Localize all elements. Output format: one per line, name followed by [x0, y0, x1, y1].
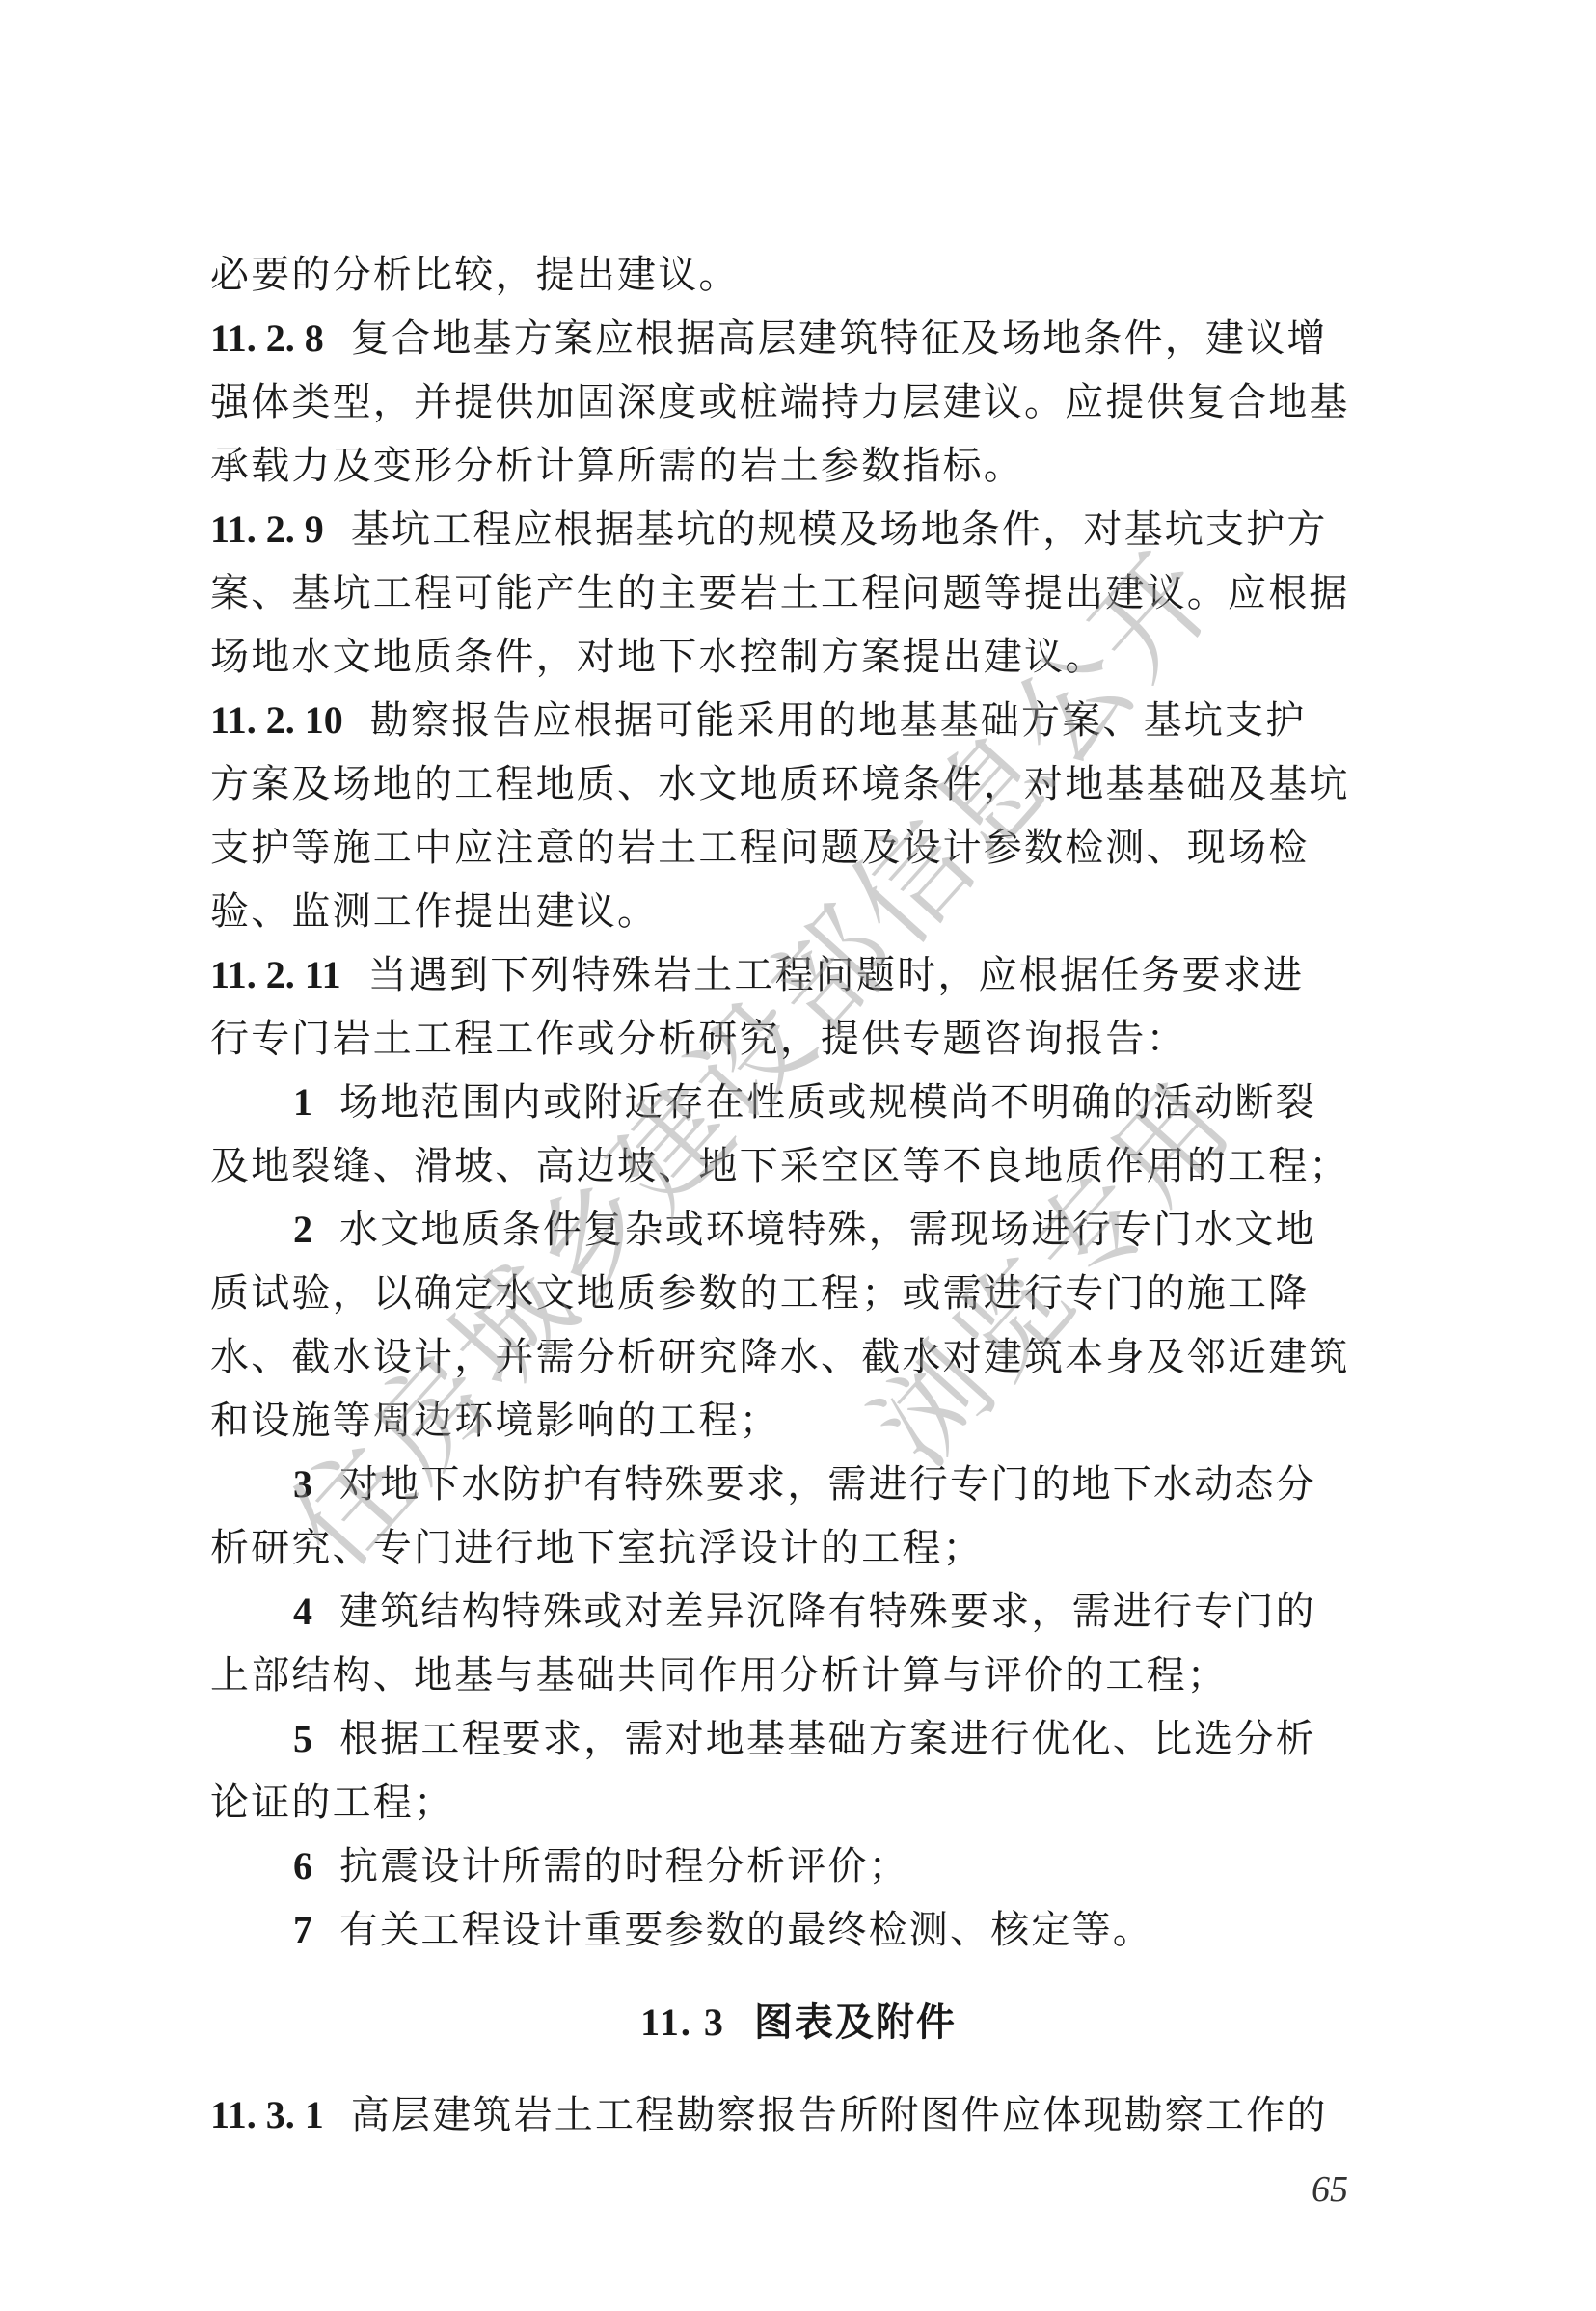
item-number: 3 — [293, 1453, 312, 1516]
clause-11-2-11: 11. 2. 11当遇到下列特殊岩土工程问题时，应根据任务要求进 — [210, 943, 1387, 1007]
item-number: 1 — [293, 1071, 312, 1134]
item-number: 7 — [293, 1898, 312, 1962]
text-line: 水、截水设计，并需分析研究降水、截水对建筑本身及邻近建筑 — [210, 1325, 1387, 1389]
clause-11-2-8: 11. 2. 8复合地基方案应根据高层建筑特征及场地条件，建议增 — [210, 307, 1387, 370]
section-number: 11. 3 — [640, 2000, 725, 2044]
text-line: 必要的分析比较，提出建议。 — [210, 243, 1387, 307]
text-line: 上部结构、地基与基础共同作用分析计算与评价的工程； — [210, 1644, 1387, 1707]
text-line: 验、监测工作提出建议。 — [210, 880, 1387, 943]
text-line: 方案及场地的工程地质、水文地质环境条件，对地基基础及基坑 — [210, 752, 1387, 816]
text-line: 案、基坑工程可能产生的主要岩土工程问题等提出建议。应根据 — [210, 561, 1387, 625]
clause-11-2-10: 11. 2. 10勘察报告应根据可能采用的地基基础方案、基坑支护 — [210, 689, 1387, 752]
text-line: 强体类型，并提供加固深度或桩端持力层建议。应提供复合地基 — [210, 370, 1387, 434]
text-line: 行专门岩土工程工作或分析研究，提供专题咨询报告： — [210, 1007, 1387, 1071]
text-line: 支护等施工中应注意的岩土工程问题及设计参数检测、现场检 — [210, 816, 1387, 880]
item-number: 6 — [293, 1835, 312, 1898]
clause-number: 11. 2. 9 — [210, 507, 324, 551]
list-item-7: 7有关工程设计重要参数的最终检测、核定等。 — [210, 1898, 1387, 1962]
clause-number: 11. 3. 1 — [210, 2093, 324, 2136]
text-line: 论证的工程； — [210, 1771, 1387, 1835]
page-number: 65 — [1312, 2168, 1348, 2211]
list-item-5: 5根据工程要求，需对地基基础方案进行优化、比选分析 — [210, 1707, 1387, 1771]
document-page: 必要的分析比较，提出建议。 11. 2. 8复合地基方案应根据高层建筑特征及场地… — [0, 0, 1596, 2311]
text-line: 及地裂缝、滑坡、高边坡、地下采空区等不良地质作用的工程； — [210, 1134, 1387, 1198]
section-heading: 11. 3图表及附件 — [210, 1991, 1387, 2054]
clause-number: 11. 2. 11 — [210, 953, 341, 996]
clause-11-3-1: 11. 3. 1高层建筑岩土工程勘察报告所附图件应体现勘察工作的 — [210, 2083, 1387, 2147]
list-item-3: 3对地下水防护有特殊要求，需进行专门的地下水动态分 — [210, 1453, 1387, 1516]
list-item-2: 2水文地质条件复杂或环境特殊，需现场进行专门水文地 — [210, 1198, 1387, 1262]
item-number: 5 — [293, 1707, 312, 1771]
list-item-1: 1场地范围内或附近存在性质或规模尚不明确的活动断裂 — [210, 1071, 1387, 1134]
text-line: 质试验，以确定水文地质参数的工程；或需进行专门的施工降 — [210, 1262, 1387, 1325]
clause-number: 11. 2. 10 — [210, 698, 343, 742]
item-number: 2 — [293, 1198, 312, 1262]
list-item-6: 6抗震设计所需的时程分析评价； — [210, 1835, 1387, 1898]
section-title-text: 图表及附件 — [754, 1999, 957, 2045]
clause-11-2-9: 11. 2. 9基坑工程应根据基坑的规模及场地条件，对基坑支护方 — [210, 498, 1387, 561]
clause-number: 11. 2. 8 — [210, 316, 324, 360]
body-text: 必要的分析比较，提出建议。 11. 2. 8复合地基方案应根据高层建筑特征及场地… — [210, 243, 1387, 2147]
text-line: 和设施等周边环境影响的工程； — [210, 1389, 1387, 1453]
text-line: 承载力及变形分析计算所需的岩土参数指标。 — [210, 434, 1387, 498]
text-line: 场地水文地质条件，对地下水控制方案提出建议。 — [210, 625, 1387, 689]
item-number: 4 — [293, 1580, 312, 1644]
list-item-4: 4建筑结构特殊或对差异沉降有特殊要求，需进行专门的 — [210, 1580, 1387, 1644]
text-line: 析研究、专门进行地下室抗浮设计的工程； — [210, 1516, 1387, 1580]
